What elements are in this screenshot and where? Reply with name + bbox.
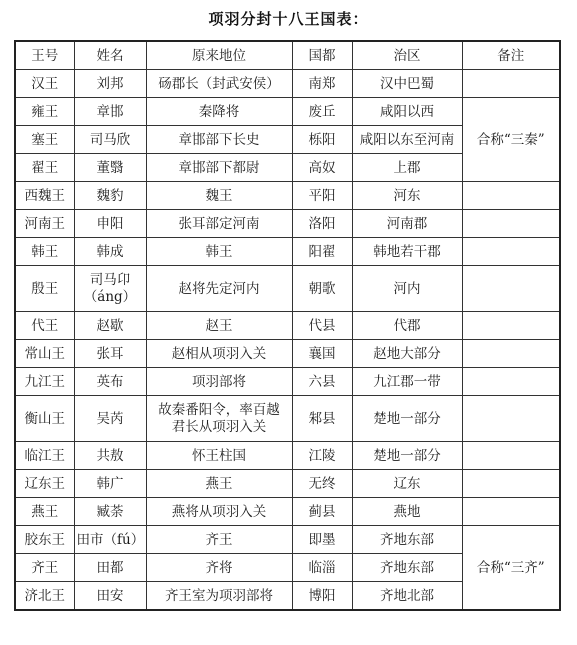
origin-line-1: 故秦番阳令，率百越 bbox=[149, 402, 290, 419]
cell-note-three-qi: 合称“三齐” bbox=[462, 526, 560, 611]
cell-title: 胶东王 bbox=[15, 526, 74, 554]
cell-capital: 无终 bbox=[292, 470, 352, 498]
table-row: 临江王 共敖 怀王柱国 江陵 楚地一部分 bbox=[15, 442, 560, 470]
eighteen-kings-table: 王号 姓名 原来地位 国都 治区 备注 汉王 刘邦 砀郡长（封武安侯） 南郑 汉… bbox=[14, 40, 561, 611]
header-note: 备注 bbox=[462, 41, 560, 70]
table-row: 辽东王 韩广 燕王 无终 辽东 bbox=[15, 470, 560, 498]
cell-title: 雍王 bbox=[15, 98, 74, 126]
cell-origin: 韩王 bbox=[146, 238, 292, 266]
cell-origin: 章邯部下都尉 bbox=[146, 154, 292, 182]
cell-origin: 燕王 bbox=[146, 470, 292, 498]
cell-name: 司马欣 bbox=[74, 126, 146, 154]
cell-name: 董翳 bbox=[74, 154, 146, 182]
header-capital: 国都 bbox=[292, 41, 352, 70]
cell-note bbox=[462, 396, 560, 442]
cell-origin: 秦降将 bbox=[146, 98, 292, 126]
cell-region: 齐地东部 bbox=[352, 526, 462, 554]
cell-capital: 平阳 bbox=[292, 182, 352, 210]
cell-title: 殷王 bbox=[15, 266, 74, 312]
cell-origin: 齐王室为项羽部将 bbox=[146, 582, 292, 611]
table-row: 常山王 张耳 赵相从项羽入关 襄国 赵地大部分 bbox=[15, 340, 560, 368]
cell-capital: 洛阳 bbox=[292, 210, 352, 238]
table-row: 代王 赵歇 赵王 代县 代郡 bbox=[15, 312, 560, 340]
cell-note bbox=[462, 442, 560, 470]
cell-origin: 怀王柱国 bbox=[146, 442, 292, 470]
cell-name: 张耳 bbox=[74, 340, 146, 368]
cell-name: 吴芮 bbox=[74, 396, 146, 442]
cell-region: 咸阳以西 bbox=[352, 98, 462, 126]
table-row: 殷王 司马卬 （áng） 赵将先定河内 朝歌 河内 bbox=[15, 266, 560, 312]
cell-title: 代王 bbox=[15, 312, 74, 340]
cell-name: 臧荼 bbox=[74, 498, 146, 526]
cell-region: 咸阳以东至河南 bbox=[352, 126, 462, 154]
table-row: 河南王 申阳 张耳部定河南 洛阳 河南郡 bbox=[15, 210, 560, 238]
cell-note bbox=[462, 266, 560, 312]
page-title: 项羽分封十八王国表： bbox=[0, 8, 577, 29]
cell-note bbox=[462, 368, 560, 396]
cell-capital: 栎阳 bbox=[292, 126, 352, 154]
header-row: 王号 姓名 原来地位 国都 治区 备注 bbox=[15, 41, 560, 70]
table-row: 九江王 英布 项羽部将 六县 九江郡一带 bbox=[15, 368, 560, 396]
table-row: 燕王 臧荼 燕将从项羽入关 蓟县 燕地 bbox=[15, 498, 560, 526]
cell-region: 韩地若干郡 bbox=[352, 238, 462, 266]
cell-name: 章邯 bbox=[74, 98, 146, 126]
header-region: 治区 bbox=[352, 41, 462, 70]
cell-origin: 张耳部定河南 bbox=[146, 210, 292, 238]
cell-capital: 即墨 bbox=[292, 526, 352, 554]
cell-capital: 博阳 bbox=[292, 582, 352, 611]
cell-region: 九江郡一带 bbox=[352, 368, 462, 396]
cell-title: 九江王 bbox=[15, 368, 74, 396]
cell-name: 田安 bbox=[74, 582, 146, 611]
cell-capital: 废丘 bbox=[292, 98, 352, 126]
cell-title: 齐王 bbox=[15, 554, 74, 582]
cell-region: 河南郡 bbox=[352, 210, 462, 238]
cell-capital: 襄国 bbox=[292, 340, 352, 368]
cell-note-three-qin: 合称“三秦” bbox=[462, 98, 560, 182]
cell-note bbox=[462, 340, 560, 368]
cell-origin: 齐王 bbox=[146, 526, 292, 554]
cell-name: 共敖 bbox=[74, 442, 146, 470]
cell-title: 翟王 bbox=[15, 154, 74, 182]
cell-capital: 南郑 bbox=[292, 70, 352, 98]
table-row: 西魏王 魏豹 魏王 平阳 河东 bbox=[15, 182, 560, 210]
cell-region: 上郡 bbox=[352, 154, 462, 182]
cell-region: 辽东 bbox=[352, 470, 462, 498]
cell-title: 燕王 bbox=[15, 498, 74, 526]
origin-line-2: 君长从项羽入关 bbox=[149, 419, 290, 436]
cell-name: 英布 bbox=[74, 368, 146, 396]
cell-region: 代郡 bbox=[352, 312, 462, 340]
cell-note bbox=[462, 498, 560, 526]
cell-region: 齐地北部 bbox=[352, 582, 462, 611]
cell-origin: 项羽部将 bbox=[146, 368, 292, 396]
cell-note bbox=[462, 238, 560, 266]
header-origin: 原来地位 bbox=[146, 41, 292, 70]
cell-origin: 齐将 bbox=[146, 554, 292, 582]
cell-origin: 砀郡长（封武安侯） bbox=[146, 70, 292, 98]
cell-capital: 阳翟 bbox=[292, 238, 352, 266]
cell-origin: 燕将从项羽入关 bbox=[146, 498, 292, 526]
cell-title: 常山王 bbox=[15, 340, 74, 368]
cell-capital: 高奴 bbox=[292, 154, 352, 182]
cell-note bbox=[462, 70, 560, 98]
header-name: 姓名 bbox=[74, 41, 146, 70]
cell-title: 衡山王 bbox=[15, 396, 74, 442]
table-row: 雍王 章邯 秦降将 废丘 咸阳以西 合称“三秦” bbox=[15, 98, 560, 126]
cell-region: 楚地一部分 bbox=[352, 396, 462, 442]
cell-name: 田市（fú） bbox=[74, 526, 146, 554]
cell-note bbox=[462, 182, 560, 210]
cell-name: 魏豹 bbox=[74, 182, 146, 210]
cell-name: 田都 bbox=[74, 554, 146, 582]
cell-title: 汉王 bbox=[15, 70, 74, 98]
cell-title: 韩王 bbox=[15, 238, 74, 266]
cell-region: 赵地大部分 bbox=[352, 340, 462, 368]
cell-name: 司马卬 （áng） bbox=[74, 266, 146, 312]
cell-region: 燕地 bbox=[352, 498, 462, 526]
cell-name: 赵歇 bbox=[74, 312, 146, 340]
cell-origin: 赵将先定河内 bbox=[146, 266, 292, 312]
cell-name: 刘邦 bbox=[74, 70, 146, 98]
cell-capital: 邾县 bbox=[292, 396, 352, 442]
cell-capital: 六县 bbox=[292, 368, 352, 396]
header-title: 王号 bbox=[15, 41, 74, 70]
cell-region: 河内 bbox=[352, 266, 462, 312]
cell-title: 辽东王 bbox=[15, 470, 74, 498]
cell-region: 河东 bbox=[352, 182, 462, 210]
table-row: 胶东王 田市（fú） 齐王 即墨 齐地东部 合称“三齐” bbox=[15, 526, 560, 554]
cell-capital: 临淄 bbox=[292, 554, 352, 582]
cell-origin: 赵王 bbox=[146, 312, 292, 340]
cell-name: 申阳 bbox=[74, 210, 146, 238]
cell-capital: 代县 bbox=[292, 312, 352, 340]
cell-title: 济北王 bbox=[15, 582, 74, 611]
cell-region: 齐地东部 bbox=[352, 554, 462, 582]
cell-capital: 蓟县 bbox=[292, 498, 352, 526]
cell-capital: 江陵 bbox=[292, 442, 352, 470]
table-row: 汉王 刘邦 砀郡长（封武安侯） 南郑 汉中巴蜀 bbox=[15, 70, 560, 98]
cell-name: 韩广 bbox=[74, 470, 146, 498]
cell-title: 临江王 bbox=[15, 442, 74, 470]
name-text: 司马卬 bbox=[77, 272, 144, 289]
cell-region: 楚地一部分 bbox=[352, 442, 462, 470]
cell-origin: 魏王 bbox=[146, 182, 292, 210]
cell-title: 塞王 bbox=[15, 126, 74, 154]
cell-capital: 朝歌 bbox=[292, 266, 352, 312]
name-pinyin: （áng） bbox=[77, 289, 144, 306]
table-row: 韩王 韩成 韩王 阳翟 韩地若干郡 bbox=[15, 238, 560, 266]
cell-note bbox=[462, 312, 560, 340]
cell-title: 河南王 bbox=[15, 210, 74, 238]
cell-region: 汉中巴蜀 bbox=[352, 70, 462, 98]
cell-origin: 赵相从项羽入关 bbox=[146, 340, 292, 368]
cell-origin: 章邯部下长史 bbox=[146, 126, 292, 154]
table-row: 衡山王 吴芮 故秦番阳令，率百越 君长从项羽入关 邾县 楚地一部分 bbox=[15, 396, 560, 442]
cell-note bbox=[462, 470, 560, 498]
cell-origin: 故秦番阳令，率百越 君长从项羽入关 bbox=[146, 396, 292, 442]
cell-title: 西魏王 bbox=[15, 182, 74, 210]
cell-note bbox=[462, 210, 560, 238]
cell-name: 韩成 bbox=[74, 238, 146, 266]
